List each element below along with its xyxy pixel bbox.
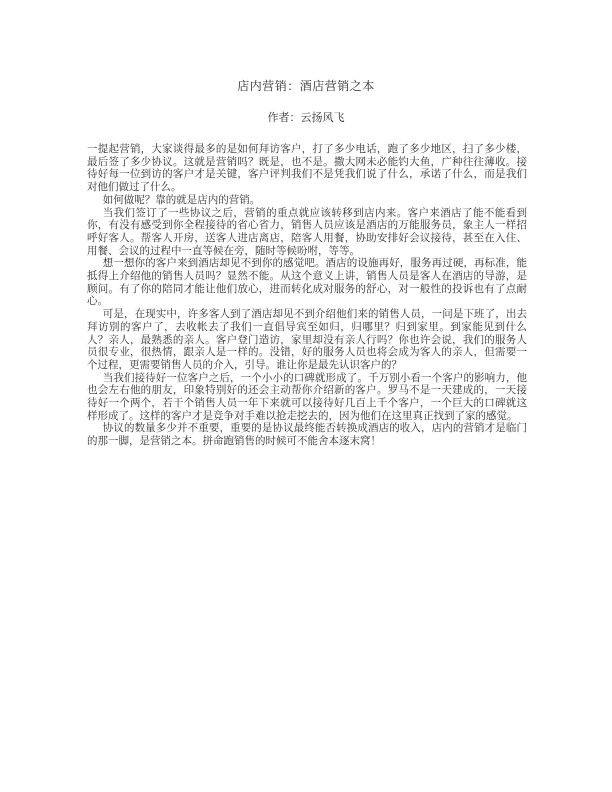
paragraph: 当我们接待好一位客户之后，一个小小的口碑就形成了。千万别小看一个客户的影响力，他… [87, 373, 527, 424]
paragraph: 一提起营销，大家谈得最多的是如何拜访客户，打了多少电话，跑了多少地区，扫了多少楼… [87, 144, 527, 195]
paragraph: 协议的数量多少并不重要，重要的是协议最终能否转换成酒店的收入，店内的营销才是临门… [87, 423, 527, 448]
author-line: 作者：云扬风飞 [0, 111, 612, 125]
document-page: 店内营销：酒店营销之本 作者：云扬风飞 一提起营销，大家谈得最多的是如何拜访客户… [0, 0, 612, 792]
paragraph: 想一想你的客户来到酒店却见不到你的感觉吧。酒店的设施再好，服务再过硬，再标准，能… [87, 258, 527, 309]
paragraph: 当我们签订了一些协议之后，营销的重点就应该转移到店内来。客户来酒店了能不能看到你… [87, 208, 527, 259]
paragraph: 如何做呢？靠的就是店内的营销。 [87, 195, 527, 208]
paragraph: 可是，在现实中，许多客人到了酒店却见不到介绍他们来的销售人员，一问是下班了，出去… [87, 309, 527, 373]
document-title: 店内营销：酒店营销之本 [0, 79, 612, 93]
document-body: 一提起营销，大家谈得最多的是如何拜访客户，打了多少电话，跑了多少地区，扫了多少楼… [87, 144, 527, 449]
